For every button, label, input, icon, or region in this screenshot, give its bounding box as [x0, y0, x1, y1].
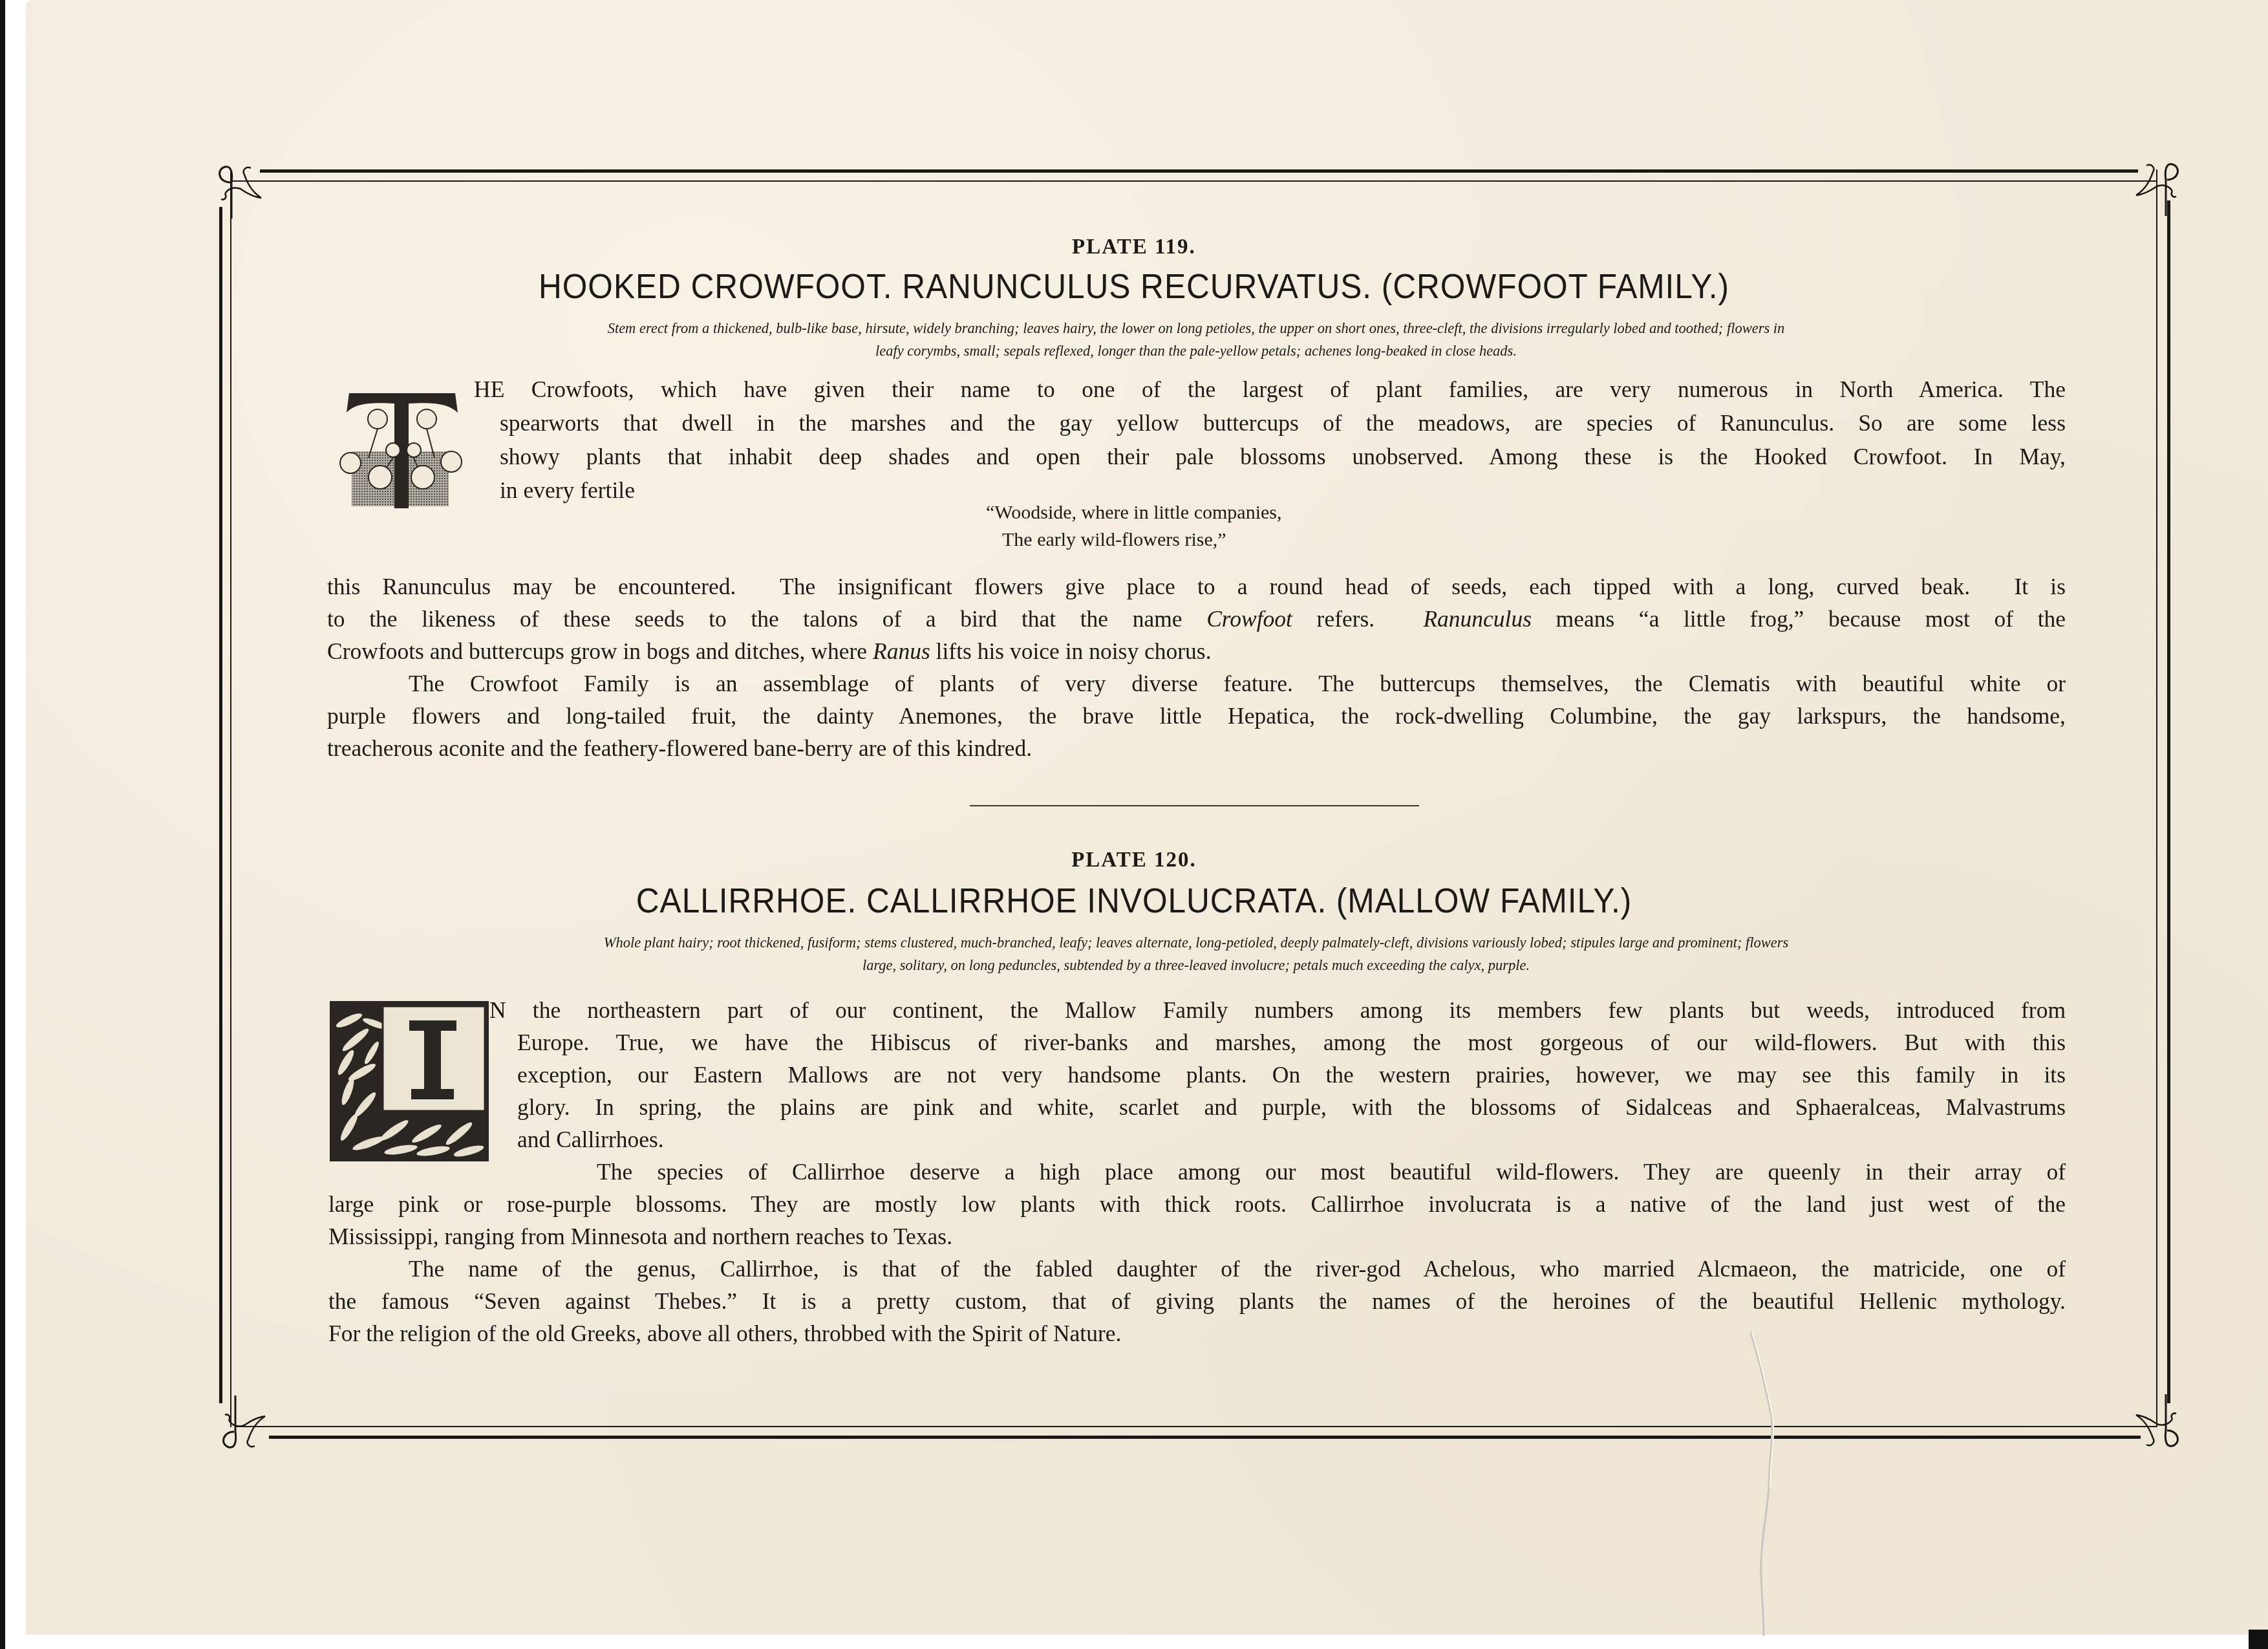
- corner-flourish-icon: [2127, 1394, 2185, 1452]
- body-text-line: exception, our Eastern Mallows are not v…: [517, 1059, 2066, 1090]
- border-left-inner: [230, 169, 231, 1427]
- body-text-line: to the likeness of these seeds to the ta…: [327, 603, 2066, 634]
- body-text-line: large pink or rose-purple blossoms. They…: [328, 1189, 2066, 1220]
- poem-quote-line: “Woodside, where in little companies,: [986, 502, 1281, 524]
- border-right-inner: [2156, 169, 2157, 1427]
- corner-flourish-icon: [2127, 158, 2185, 216]
- body-text-line: in every fertile: [500, 475, 2066, 506]
- body-text-line: the famous “Seven against Thebes.” It is…: [328, 1286, 2066, 1317]
- description-line: Whole plant hairy; root thickened, fusif…: [323, 931, 2069, 954]
- body-text-line: The species of Callirrhoe deserve a high…: [597, 1156, 2066, 1187]
- corner-flourish-icon: [212, 160, 270, 219]
- body-text-line: The name of the genus, Callirrhoe, is th…: [409, 1253, 2066, 1284]
- plate-number: PLATE 119.: [0, 235, 2268, 259]
- body-text-line: glory. In spring, the plains are pink an…: [517, 1092, 2066, 1123]
- italic-term: Crowfoot: [1206, 606, 1292, 632]
- border-top-inner: [230, 180, 2157, 182]
- leafy-initial-I-icon: [330, 1001, 489, 1161]
- body-text-line: spearworts that dwell in the marshes and…: [500, 407, 2066, 438]
- body-text-line: and Callirrhoes.: [517, 1124, 2066, 1155]
- italic-term: Ranus: [873, 638, 930, 664]
- description-line: large, solitary, on long peduncles, subt…: [323, 954, 2069, 976]
- border-right-outer: [2167, 200, 2170, 1403]
- body-text-line: showy plants that inhabit deep shades an…: [500, 441, 2066, 472]
- scan-edge-corner: [2249, 1630, 2268, 1649]
- border-bottom-outer: [269, 1436, 2141, 1439]
- body-text-line: treacherous aconite and the feathery-flo…: [327, 733, 2066, 764]
- plate-number: PLATE 120.: [0, 848, 2268, 872]
- body-text-line: N the northeastern part of our continent…: [489, 995, 2066, 1026]
- description-line: leafy corymbs, small; sepals reflexed, l…: [323, 339, 2069, 362]
- section-divider: [970, 805, 1419, 806]
- border-bottom-inner: [236, 1426, 2156, 1427]
- border-left-outer: [219, 207, 222, 1403]
- body-text-line: this Ranunculus may be encountered. The …: [327, 571, 2066, 602]
- paper-crease: [1746, 1332, 1797, 1636]
- corner-flourish-icon: [216, 1396, 274, 1454]
- floral-initial-T-icon: [337, 387, 464, 510]
- italic-term: Ranunculus: [1423, 606, 1532, 632]
- plant-description: Stem erect from a thickened, bulb-like b…: [323, 317, 2069, 362]
- border-top-outer: [260, 169, 2138, 173]
- body-text-line: HE Crowfoots, which have given their nam…: [474, 374, 2066, 405]
- description-line: Stem erect from a thickened, bulb-like b…: [323, 317, 2069, 339]
- body-text-line: Crowfoots and buttercups grow in bogs an…: [327, 636, 2066, 667]
- poem-quote-line: The early wild-flowers rise,”: [1002, 529, 1226, 551]
- plate-title: CALLIRRHOE. CALLIRRHOE INVOLUCRATA. (MAL…: [91, 881, 2177, 921]
- plant-description: Whole plant hairy; root thickened, fusif…: [323, 931, 2069, 976]
- body-text-line: The Crowfoot Family is an assemblage of …: [409, 668, 2066, 699]
- body-text-line: For the religion of the old Greeks, abov…: [328, 1318, 2066, 1349]
- plate-title: HOOKED CROWFOOT. RANUNCULUS RECURVATUS. …: [91, 266, 2177, 307]
- body-text-line: Europe. True, we have the Hibiscus of ri…: [517, 1027, 2066, 1058]
- body-text-line: Mississippi, ranging from Minnesota and …: [328, 1221, 2066, 1252]
- body-text-line: purple flowers and long-tailed fruit, th…: [327, 700, 2066, 731]
